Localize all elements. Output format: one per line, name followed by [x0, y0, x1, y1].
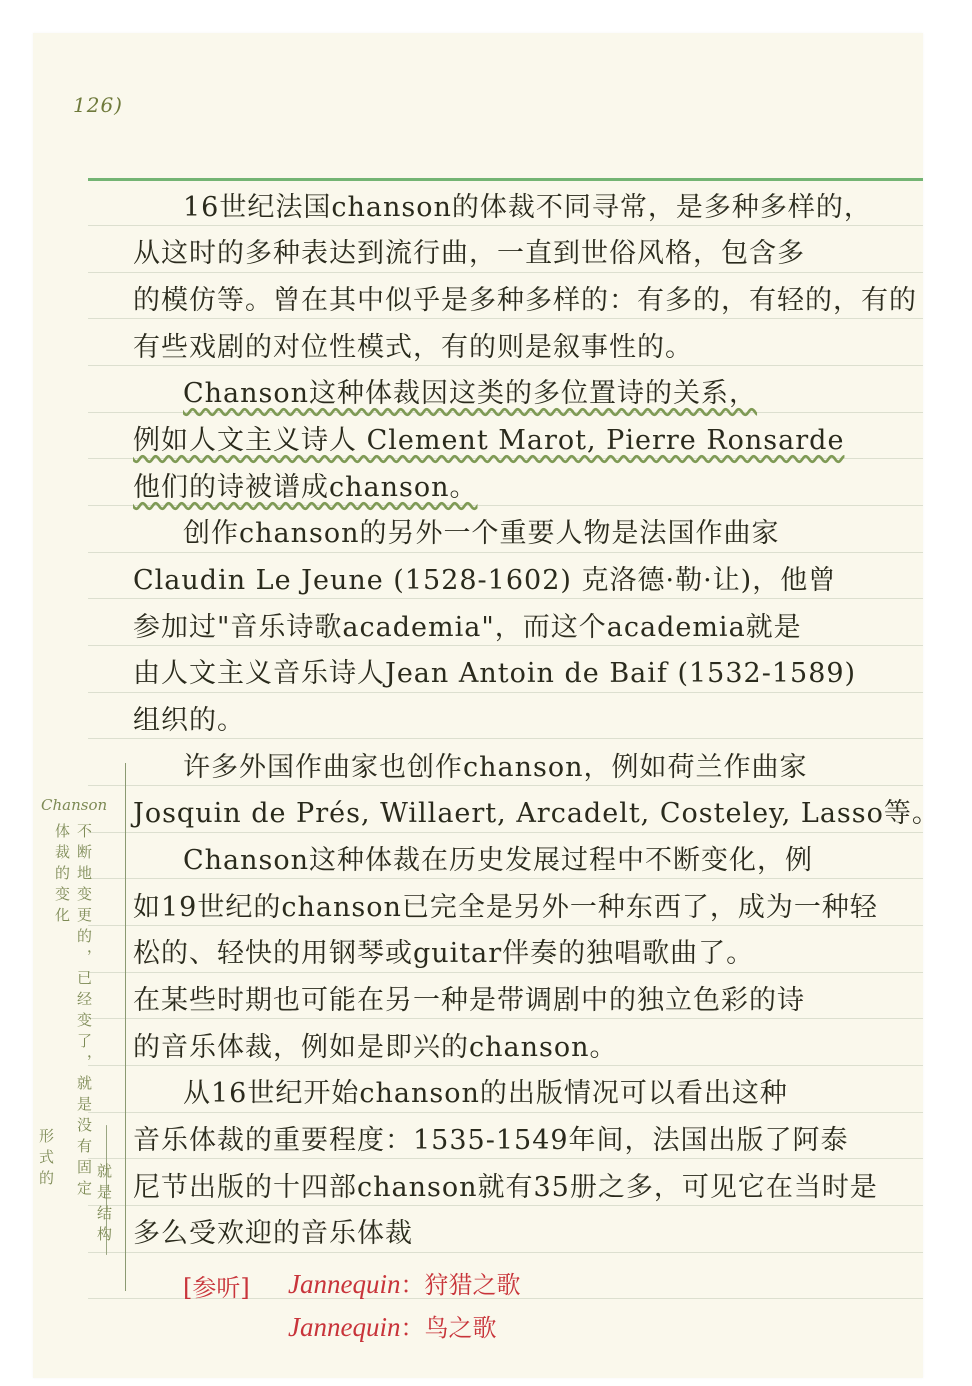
ruled-line: [88, 645, 923, 646]
ruled-line: [88, 832, 923, 833]
ruled-line: [88, 878, 923, 879]
margin-bracket-line: [125, 763, 126, 1291]
ruled-line: [88, 505, 923, 506]
margin-note-column: 形式的: [37, 1128, 55, 1191]
text-line: 许多外国作曲家也创作chanson，例如荷兰作曲家: [183, 751, 808, 785]
page-number: 126): [73, 93, 123, 117]
ruled-line: [88, 225, 923, 226]
text-line: 的模仿等。曾在其中似乎是多种多样的：有多的，有轻的，有的: [133, 284, 917, 318]
text-line: 组织的。: [133, 704, 245, 738]
text-line: 他们的诗被谱成chanson。: [133, 471, 478, 505]
work-title: 狩猎之歌: [424, 1271, 520, 1299]
ruled-line: [88, 738, 923, 739]
ruled-line: [88, 318, 923, 319]
margin-note-column: 体裁的变化: [53, 823, 71, 928]
text-line: 多么受欢迎的音乐体裁: [133, 1217, 413, 1251]
text-line: Chanson这种体裁在历史发展过程中不断变化，例: [183, 844, 813, 878]
ruled-line: [88, 552, 923, 553]
listening-note-item: Jannequin：狩猎之歌: [288, 1265, 520, 1300]
ruled-line: [88, 1018, 923, 1019]
composer-name: Jannequin: [288, 1269, 400, 1299]
text-line: 在某些时期也可能在另一种是带调剧中的独立色彩的诗: [133, 984, 805, 1018]
text-line: 参加过"音乐诗歌academia"，而这个academia就是: [133, 611, 802, 645]
text-line: 松的、轻快的用钢琴或guitar伴奏的独唱歌曲了。: [133, 937, 754, 971]
ruled-line: [88, 972, 923, 973]
text-line: 例如人文主义诗人 Clement Marot, Pierre Ronsarde: [133, 424, 844, 458]
listening-note-item: Jannequin：鸟之歌: [288, 1308, 496, 1343]
ruled-line: [88, 1205, 923, 1206]
separator: ：: [400, 1271, 424, 1299]
margin-note-column: 不断地变更的，已经变了，就是没有固定: [75, 823, 93, 1293]
ruled-line: [88, 1065, 923, 1066]
text-line: 从这时的多种表达到流行曲，一直到世俗风格，包含多: [133, 237, 805, 271]
text-line: Chanson这种体裁因这类的多位置诗的关系，: [183, 377, 757, 411]
text-line: 如19世纪的chanson已完全是另外一种东西了，成为一种轻: [133, 891, 878, 925]
ruled-line: [88, 272, 923, 273]
text-line: 的音乐体裁，例如是即兴的chanson。: [133, 1031, 618, 1065]
ruled-line: [88, 458, 923, 459]
text-line: 有些戏剧的对位性模式，有的则是叙事性的。: [133, 331, 693, 365]
top-green-rule: [88, 178, 923, 181]
ruled-line: [88, 598, 923, 599]
ruled-line: [88, 692, 923, 693]
separator: ：: [400, 1314, 424, 1342]
listening-note-label: [参听]: [183, 1268, 250, 1303]
margin-note-chanson: Chanson: [41, 796, 107, 814]
work-title: 鸟之歌: [424, 1314, 496, 1342]
text-line: Claudin Le Jeune (1528-1602) 克洛德·勒·让)，他曾: [133, 564, 836, 598]
text-line: 尼节出版的十四部chanson就有35册之多，可见它在当时是: [133, 1171, 878, 1205]
text-line: 16世纪法国chanson的体裁不同寻常，是多种多样的，: [183, 191, 872, 225]
composer-name: Jannequin: [288, 1312, 400, 1342]
ruled-line: [88, 925, 923, 926]
text-line: 由人文主义音乐诗人Jean Antoin de Baif (1532-1589): [133, 657, 856, 691]
margin-note-column: 就是结构: [95, 1163, 113, 1247]
text-line: Josquin de Prés, Willaert, Arcadelt, Cos…: [133, 797, 940, 831]
ruled-line: [88, 1112, 923, 1113]
text-line: 音乐体裁的重要程度：1535-1549年间，法国出版了阿泰: [133, 1124, 849, 1158]
text-line: 创作chanson的另外一个重要人物是法国作曲家: [183, 517, 780, 551]
notebook-page: 126) 16世纪法国chanson的体裁不同寻常，是多种多样的， 从这时的多种…: [33, 33, 923, 1378]
text-line: 从16世纪开始chanson的出版情况可以看出这种: [183, 1077, 788, 1111]
ruled-line: [88, 365, 923, 366]
ruled-line: [88, 785, 923, 786]
ruled-line: [88, 412, 923, 413]
ruled-line: [88, 1252, 923, 1253]
ruled-line: [88, 1158, 923, 1159]
